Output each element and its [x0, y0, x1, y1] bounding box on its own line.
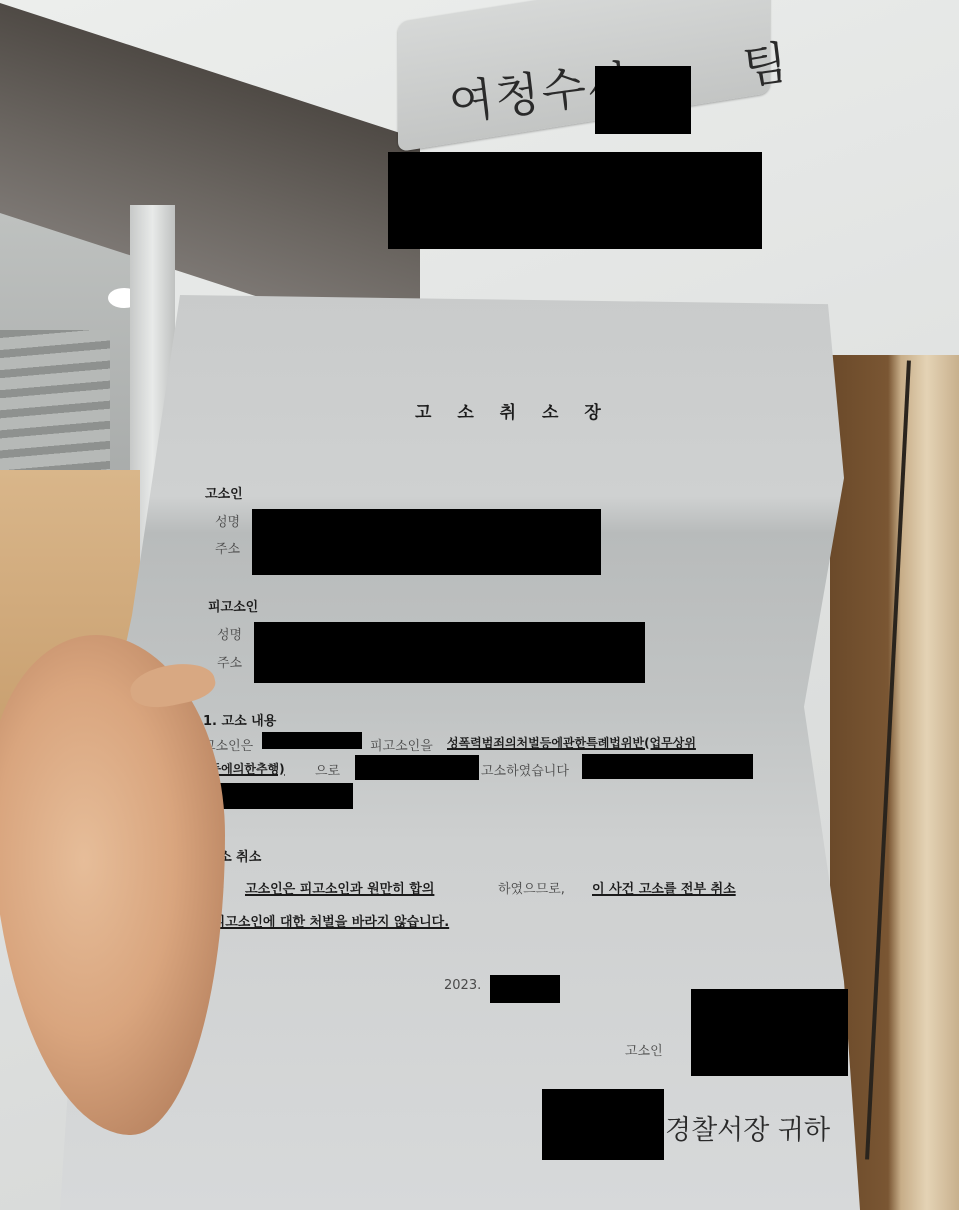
signer-label: 고소인 — [625, 1040, 663, 1059]
defendant-address-label: 주소 — [217, 652, 242, 671]
redaction-box — [691, 989, 848, 1076]
window-blinds — [0, 330, 110, 470]
section2-bold3: 하고 피고소인에 대한 처벌을 바라지 않습니다. — [183, 911, 449, 930]
section2-plain2: 하였으므로, — [498, 878, 565, 897]
redaction-box — [252, 509, 601, 575]
section1-suffix1: 으로 — [315, 760, 340, 779]
redaction-box — [355, 755, 479, 780]
redaction-box — [595, 66, 691, 134]
addressee-text: 경찰서장 귀하 — [665, 1108, 830, 1147]
redaction-box — [542, 1089, 664, 1160]
redaction-box — [254, 622, 645, 683]
complainant-address-label: 주소 — [215, 538, 240, 557]
complainant-name-label: 성명 — [215, 511, 240, 530]
section2-bold2: 이 사건 고소를 전부 취소 — [592, 878, 736, 897]
charge-text-line1: 성폭력범죄의처벌등에관한특례법위반(업무상위 — [447, 734, 696, 751]
complainant-heading: 고소인 — [205, 483, 243, 502]
section2-bold1: 고소인은 피고소인과 원만히 합의 — [245, 878, 434, 897]
sign-text-end: 팀 — [740, 35, 793, 94]
section1-suffix2: 고소하였습니다 — [481, 760, 569, 779]
redaction-box — [388, 152, 762, 249]
date-prefix: 2023. — [444, 978, 481, 993]
document-title: 고 소 취 소 장 — [415, 398, 611, 423]
redaction-box — [490, 975, 560, 1003]
redaction-box — [262, 732, 362, 749]
defendant-name-label: 성명 — [217, 624, 242, 643]
section1-mid: 피고소인을 — [370, 735, 433, 754]
redaction-box — [582, 754, 753, 779]
section1-heading: 1. 고소 내용 — [203, 710, 276, 729]
defendant-heading: 피고소인 — [208, 596, 258, 615]
